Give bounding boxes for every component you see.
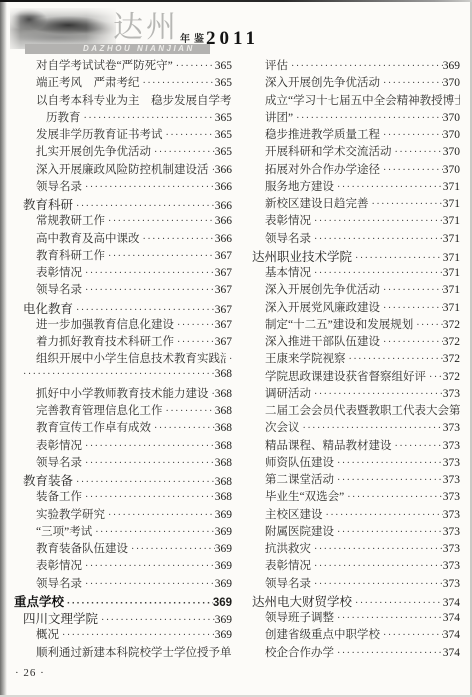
toc-entry-row: 毕业生“双选会”································… [243,488,460,505]
page-number: 374 [443,597,460,609]
page-number: 371 [443,252,460,264]
page-number: 369 [213,597,232,609]
toc-entry-row: 表彰情况····································… [14,264,232,281]
dot-leader: ········································… [380,78,443,89]
page-number: 366 [215,200,232,212]
toc-entry-row: 常规教研工作··································… [14,212,232,229]
dot-leader: ········································… [369,199,443,210]
toc-text: 学院思政课建设获省督察组好评 [265,368,426,384]
dot-leader: ········································… [82,182,215,193]
yearbook-year: 2011 [206,28,259,50]
toc-entry-row: 端正考风 严肃考纪·······························… [14,74,232,91]
toc-text: 评估 [265,57,288,73]
dot-leader: ········································… [380,130,443,141]
toc-entry-row: 领导班子调整··································… [243,609,460,626]
dot-leader: ········································… [173,61,215,72]
toc-entry-row: 调研活动····································… [243,385,460,402]
toc-entry-row: 领导名录····································… [14,281,232,298]
dot-leader: ········································… [59,630,215,641]
page-number: 373 [443,388,460,400]
toc-chapter-row: 重点学校····································… [14,592,232,609]
toc-text: 顺利通过新建本科院校学士学位授予单位 [36,644,232,660]
toc-columns: 对自学考试试卷“严防死守”···························… [14,57,460,661]
toc-text: 第二课堂活动 [265,471,334,487]
toc-text: 装备工作 [36,488,82,504]
toc-text: 精品课程、精品教材建设 [265,437,392,453]
page-number: 369 [443,60,460,72]
toc-entry-row: 深入推进干部队伍建设······························… [243,333,460,350]
toc-text: 表彰情况 [36,437,82,453]
dot-leader: ········································… [105,216,215,227]
page-number: 370 [443,164,460,176]
page-number: 371 [443,267,460,279]
toc-entry-row: 表彰情况····································… [14,557,232,574]
toc-text: 深入开展党风廉政建设 [265,299,380,315]
toc-entry-row: 主校区建设···································… [243,506,460,523]
toc-right-column: 评估······································… [243,57,460,661]
dot-leader: ········································… [346,354,443,365]
page-number: 366 [215,215,232,227]
page-number: 373 [443,422,460,434]
page-number: 372 [443,371,460,383]
toc-text: 领导名录 [36,281,82,297]
toc-text: 表彰情况 [265,557,311,573]
toc-text: 次会议 [265,419,300,435]
page-number: 370 [443,77,460,89]
toc-entry-row: 深入开展创先争优活动······························… [243,74,460,91]
toc-entry-row: 学院思政课建设获省督察组好评··························… [243,368,460,385]
toc-text: 深入开展廉政风险防控机制建设活动 [36,161,209,177]
toc-entry-row: 新校区建设日趋完善·······························… [243,195,460,212]
dot-leader: ········································… [82,458,215,469]
page-number: 371 [443,215,460,227]
dot-leader: ········································… [426,372,443,383]
toc-text: 王康来学院视察 [265,350,346,366]
dot-leader: ········································… [311,268,443,279]
page-number: 368 [215,422,232,434]
toc-entry-row: 领导名录····································… [14,575,232,592]
page-number: 372 [443,353,460,365]
toc-entry-row: 讲团”·····································… [243,109,460,126]
page-number: 368 [215,388,232,400]
dot-leader: ········································… [73,201,215,212]
dot-leader: ········································… [163,130,215,141]
page-number: 365 [215,77,232,89]
toc-entry-row: 扎实开展创先争优活动······························… [14,143,232,160]
toc-entry-row: 装备工作····································… [14,488,232,505]
toc-entry-row: 基本情况····································… [243,264,460,281]
toc-text: 电化教育 [23,299,73,316]
toc-text: 领导名录 [36,454,82,470]
page-number: 374 [443,612,460,624]
page-number: 373 [443,543,460,555]
dot-leader: ········································… [81,113,215,124]
dot-leader: ········································… [334,458,443,469]
toc-text: 领导名录 [265,230,311,246]
header-gray-bar: DAZHOU NIANJIAN [25,44,210,54]
dot-leader: ········································… [151,423,215,434]
dot-leader: ········································… [380,337,443,348]
page-number: 371 [443,198,460,210]
page-number: 368 [215,405,232,417]
toc-entry-row: 王康来学院视察·································… [243,350,460,367]
toc-entry-row: 顺利通过新建本科院校学士学位授予单位 [14,644,232,661]
dot-leader: ········································… [226,354,232,365]
page-number: 369 [215,509,232,521]
dot-leader: ········································… [140,234,215,245]
page-number: 366 [215,233,232,245]
page-number: 373 [443,509,460,521]
dot-leader: ········································… [140,78,215,89]
dot-leader: ········································… [334,613,443,624]
toc-text: 附属医院建设 [265,523,334,539]
toc-text: 组织开展中小学生信息技术教育实践活动 [36,350,226,366]
toc-text: 拓展对外合作办学途径 [265,161,380,177]
dot-leader: ········································… [82,579,215,590]
dot-leader: ········································… [82,285,215,296]
dot-leader: ········································… [380,303,443,314]
toc-text: 深入推进干部队伍建设 [265,333,380,349]
dot-leader: ········································… [82,441,215,452]
toc-text: 发展非学历教育证书考试 [36,126,163,142]
scan-edge-left [0,0,7,697]
toc-text: 抗洪救灾 [265,540,311,556]
toc-text: 新校区建设日趋完善 [265,195,369,211]
dot-leader: ········································… [334,475,443,486]
page-number: 367 [215,319,232,331]
page-number: 370 [443,146,460,158]
toc-text: 制定“十二五”建设和发展规划 [265,316,413,332]
toc-entry-row: 领导名录····································… [243,230,460,247]
page-number: 365 [215,146,232,158]
dot-leader: ········································… [380,165,443,176]
toc-entry-row: 教育科研工作··································… [14,247,232,264]
toc-text: 扎实开展创先争优活动 [36,143,151,159]
page-number: 370 [443,129,460,141]
toc-section-row: 达州职业技术学院································… [243,247,460,264]
dot-leader: ········································… [288,61,443,72]
dot-leader: ········································… [98,615,215,626]
dot-leader: ········································… [344,492,443,503]
toc-entry-row: 深入开展党风廉政建设······························… [243,299,460,316]
toc-text: 历教育 [46,109,81,125]
page-number: 372 [443,319,460,331]
toc-entry-row: 领导名录····································… [14,454,232,471]
toc-entry-row: 教育装备队伍建设································… [14,540,232,557]
toc-text: 成立“学习十七届五中全会精神教授博士宣 [265,92,460,108]
toc-entry-row: 领导名录····································… [14,178,232,195]
toc-text: 深入开展创先争优活动 [265,281,380,297]
page-number: 366 [215,164,232,176]
page-number: 373 [443,578,460,590]
toc-text: 师资队伍建设 [265,454,334,470]
toc-text: 实验教学研究 [36,506,105,522]
toc-text: 以自考本科专业为主 稳步发展自学考试学 [36,92,232,108]
toc-text: 教育科研工作 [36,247,105,263]
dot-leader: ········································… [82,561,215,572]
page-number: 369 [215,526,232,538]
toc-entry-row: 抓好中小学教师教育技术能力建设·························… [14,385,232,402]
toc-entry-row: 次会议·····································… [243,419,460,436]
page-number: 369 [215,629,232,641]
toc-entry-row: 领导名录····································… [243,575,460,592]
page-number: 372 [443,336,460,348]
dot-leader: ········································… [352,253,443,264]
toc-text: 概况 [36,626,59,642]
toc-text: 服务地方建设 [265,178,334,194]
toc-text: 达州电大财贸学校 [252,592,352,609]
toc-entry-row: 实验教学研究··································… [14,506,232,523]
toc-text: 教育科研 [23,195,73,212]
riverside-photo [10,8,116,49]
page-number: 369 [215,543,232,555]
page-number: 368 [215,491,232,503]
toc-entry-row: 稳步推进教学质量工程······························… [243,126,460,143]
page-number: 373 [443,474,460,486]
page-number: 368 [215,368,232,380]
dot-leader: ········································… [311,389,443,400]
toc-entry-row: 服务地方建设··································… [243,178,460,195]
dot-leader: ········································… [334,527,443,538]
toc-entry-row: 二届工会会员代表暨教职工代表大会第一 [243,402,460,419]
toc-entry-row: 制定“十二五”建设和发展规划··························… [243,316,460,333]
toc-section-row: 达州电大财贸学校································… [243,592,460,609]
dot-leader: ········································… [82,268,215,279]
toc-section-row: 教育科研····································… [14,195,232,212]
toc-entry-row: 抗洪救灾····································… [243,540,460,557]
toc-entry-row: 历教育·····································… [14,109,232,126]
page-number: 367 [215,250,232,262]
page-number: 373 [443,491,460,503]
dot-leader: ········································… [311,544,443,555]
dot-leader: ········································… [413,320,443,331]
toc-entry-row: ········································… [14,368,232,385]
dot-leader: ········································… [105,251,215,262]
yearbook-header: 达州 年鉴 2011 DAZHOU NIANJIAN [10,6,260,56]
toc-entry-row: 对自学考试试卷“严防死守”···························… [14,57,232,74]
toc-text: 表彰情况 [36,264,82,280]
toc-text: 表彰情况 [36,557,82,573]
toc-text: 创建省级重点中职学校 [265,626,380,642]
toc-section-row: 教育装备····································… [14,471,232,488]
page-number: 374 [443,629,460,641]
toc-text: 讲团” [265,109,293,125]
toc-text: “三项”考试 [36,523,92,539]
toc-entry-row: 评估······································… [243,57,460,74]
toc-entry-row: 发展非学历教育证书考试·····························… [14,126,232,143]
page-number: 366 [215,181,232,193]
page-number: 368 [215,457,232,469]
yearbook-title: 达州 [113,12,179,44]
dot-leader: ········································… [105,510,215,521]
toc-text: 端正考风 严肃考纪 [36,74,140,90]
dot-leader: ········································… [380,630,443,641]
page-number: 365 [215,112,232,124]
dot-leader: ········································… [64,598,213,609]
toc-entry-row: 校企合作办学··································… [243,644,460,661]
page-number: 365 [215,129,232,141]
toc-text: 开展科研和学术交流活动 [265,143,392,159]
yearbook-subtitle-en: DAZHOU NIANJIAN [83,44,195,54]
toc-text: 教育装备队伍建设 [36,540,128,556]
toc-text: 基本情况 [265,264,311,280]
page-number: 373 [443,440,460,452]
page-number: 367 [215,284,232,296]
dot-leader: ········································… [311,579,443,590]
toc-entry-row: 精品课程、精品教材建设·····························… [243,437,460,454]
dot-leader: ········································… [334,182,443,193]
page-number: 369 [215,578,232,590]
toc-entry-row: 教育宣传工作卓有成效······························… [14,419,232,436]
page-number: 373 [443,560,460,572]
dot-leader: ········································… [293,113,443,124]
page-number: 369 [215,560,232,572]
toc-entry-row: 表彰情况····································… [243,212,460,229]
toc-entry-row: 成立“学习十七届五中全会精神教授博士宣 [243,92,460,109]
toc-section-row: 四川文理学院··································… [14,609,232,626]
toc-entry-row: 第二课堂活动··································… [243,471,460,488]
toc-text: 进一步加强教育信息化建设 [36,316,174,332]
toc-text: 四川文理学院 [23,609,98,626]
toc-entry-row: 完善教育管理信息化工作·····························… [14,402,232,419]
dot-leader: ········································… [311,234,443,245]
page-number: 371 [443,233,460,245]
page-number: 370 [443,112,460,124]
toc-text: 领导名录 [36,178,82,194]
dot-leader: ········································… [73,305,215,316]
toc-text: 完善教育管理信息化工作 [36,402,163,418]
dot-leader: ········································… [334,648,443,659]
toc-entry-row: 开展科研和学术交流活动·····························… [243,143,460,160]
scan-edge-top [0,0,472,2]
page-number: 365 [215,60,232,72]
toc-text: 抓好中小学教师教育技术能力建设 [36,385,209,401]
toc-text: 领导班子调整 [265,609,334,625]
toc-entry-row: 组织开展中小学生信息技术教育实践活动······················… [14,350,232,367]
toc-entry-row: 高中教育及高中课改·······························… [14,230,232,247]
dot-leader: ········································… [73,477,215,488]
toc-entry-row: 以自考本科专业为主 稳步发展自学考试学 [14,92,232,109]
dot-leader: ········································… [311,216,443,227]
toc-entry-row: 着力抓好教育技术科研工作····························… [14,333,232,350]
toc-text: 表彰情况 [265,212,311,228]
toc-text: 教育宣传工作卓有成效 [36,419,151,435]
dot-leader: ········································… [151,147,215,158]
page-number: 374 [443,647,460,659]
toc-text: 稳步推进教学质量工程 [265,126,380,142]
toc-entry-row: 深入开展创先争优活动······························… [243,281,460,298]
toc-section-row: 电化教育····································… [14,299,232,316]
toc-entry-row: 表彰情况····································… [14,437,232,454]
toc-text: 二届工会会员代表暨教职工代表大会第一 [265,402,460,418]
dot-leader: ········································… [20,369,215,380]
page-number: 371 [443,181,460,193]
dot-leader: ········································… [128,544,215,555]
page-number: 367 [215,267,232,279]
toc-text: 主校区建设 [265,506,323,522]
dot-leader: ········································… [323,510,443,521]
page-number: 368 [215,440,232,452]
dot-leader: ········································… [174,320,215,331]
dot-leader: ········································… [82,492,215,503]
dot-leader: ········································… [163,406,215,417]
toc-text: 着力抓好教育技术科研工作 [36,333,174,349]
dot-leader: ········································… [311,561,443,572]
dot-leader: ········································… [352,598,443,609]
toc-entry-row: 概况······································… [14,626,232,643]
toc-text: 领导名录 [265,575,311,591]
page-number: 369 [215,614,232,626]
toc-entry-row: 表彰情况····································… [243,557,460,574]
page-number: 368 [215,476,232,488]
toc-text: 高中教育及高中课改 [36,230,140,246]
toc-entry-row: “三项”考试··································… [14,523,232,540]
toc-entry-row: 附属医院建设··································… [243,523,460,540]
toc-entry-row: 进一步加强教育信息化建设····························… [14,316,232,333]
toc-text: 达州职业技术学院 [252,247,352,264]
toc-entry-row: 创建省级重点中职学校······························… [243,626,460,643]
toc-left-column: 对自学考试试卷“严防死守”···························… [14,57,232,661]
page-number: 373 [443,457,460,469]
page-number: 371 [443,302,460,314]
toc-text: 常规教研工作 [36,212,105,228]
page-number: 373 [443,526,460,538]
dot-leader: ········································… [392,147,443,158]
yearbook-title-suffix: 年鉴 [180,30,208,45]
dot-leader: ········································… [92,527,215,538]
toc-text: 深入开展创先争优活动 [265,74,380,90]
toc-text: 调研活动 [265,385,311,401]
dot-leader: ········································… [174,337,215,348]
dot-leader: ········································… [300,423,443,434]
toc-text: 毕业生“双选会” [265,488,344,504]
dot-leader: ········································… [392,441,443,452]
dot-leader: ········································… [380,285,443,296]
toc-text: 教育装备 [23,471,73,488]
page-number: 371 [443,284,460,296]
toc-text: 领导名录 [36,575,82,591]
toc-text: 重点学校 [14,592,64,609]
toc-entry-row: 深入开展廉政风险防控机制建设活动························… [14,161,232,178]
page-number: 367 [215,304,232,316]
page-number: 367 [215,336,232,348]
page-number-footer: · 26 · [15,667,45,679]
toc-text: 校企合作办学 [265,644,334,660]
toc-entry-row: 师资队伍建设··································… [243,454,460,471]
toc-text: 对自学考试试卷“严防死守” [36,57,173,73]
toc-entry-row: 拓展对外合作办学途径······························… [243,161,460,178]
